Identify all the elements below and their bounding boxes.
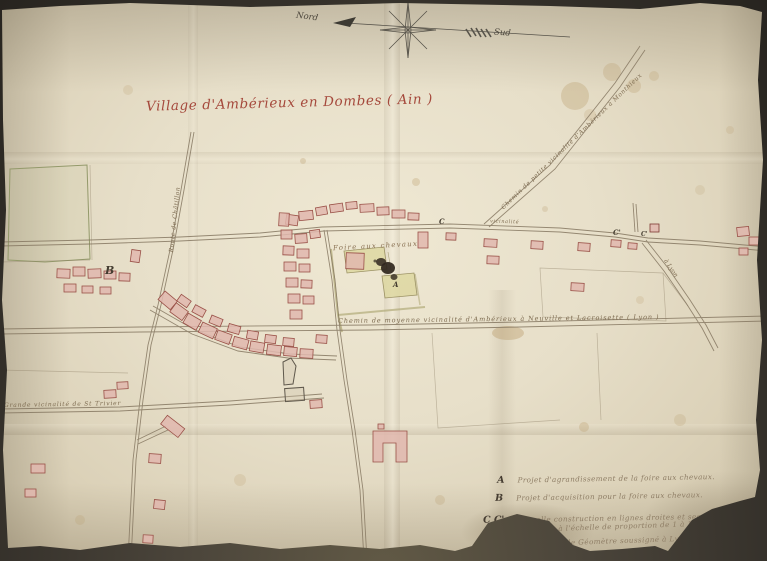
legend-signature: Par le Géomètre soussigné à Lyon le 14 j… xyxy=(552,532,752,548)
legend-key-b: B xyxy=(495,493,503,504)
legend: A Projet d'agrandissement de la foire au… xyxy=(480,460,765,555)
marker-a: A xyxy=(393,280,398,289)
marker-c-prime: C' xyxy=(613,228,621,237)
marker-c-second: C' xyxy=(641,231,648,238)
compass-feather xyxy=(466,28,491,37)
compass-rose xyxy=(333,2,570,58)
vicinalite-small-label: vicinalité xyxy=(490,218,519,225)
green-field-parcel xyxy=(8,165,90,262)
photo-of-old-map: Nord Sud Village d'Ambérieux en Dombes (… xyxy=(0,0,767,561)
marker-c: C xyxy=(439,217,445,226)
map-paper-sheet: Nord Sud Village d'Ambérieux en Dombes (… xyxy=(0,0,767,561)
church-and-hall-outlines xyxy=(283,358,304,402)
compass-south-label: Sud xyxy=(494,27,511,38)
legend-item-b: B Projet d'acquisition pour la foire aux… xyxy=(495,482,703,505)
legend-text-b: Projet d'acquisition pour la foire aux c… xyxy=(516,490,703,502)
legend-key-a: A xyxy=(497,475,505,486)
parcel-boundaries xyxy=(0,165,688,428)
legend-key-c: C C' xyxy=(483,514,505,525)
marker-b: B xyxy=(105,264,114,277)
